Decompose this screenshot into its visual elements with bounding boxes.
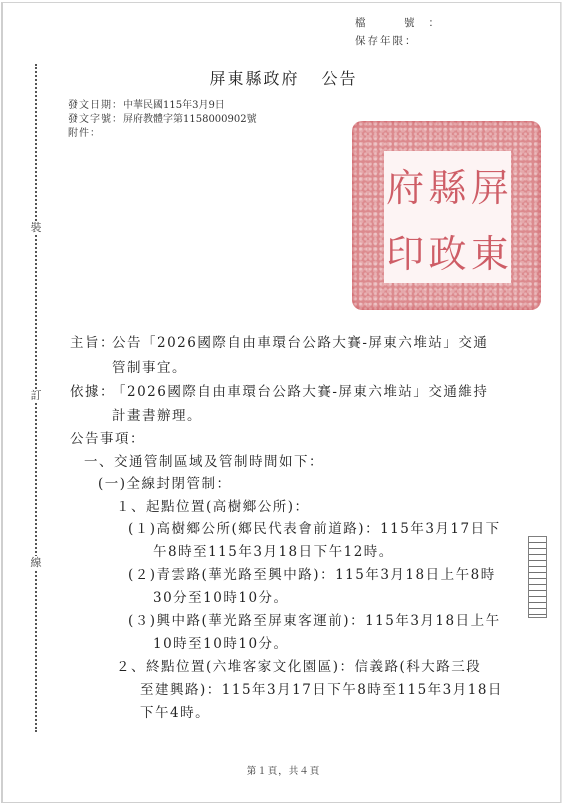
- attachment-label: 附件：: [68, 127, 101, 141]
- document-number-label: 發文字號：: [68, 113, 123, 127]
- point-2-line-1: ２、終點位置(六堆客家文化園區)：信義路(科大路三段: [116, 655, 481, 675]
- point-2-line-2: 至建興路)：115年3月17日下午8時至115年3月18日: [140, 678, 503, 698]
- binding-mark-middle: 訂: [28, 389, 44, 403]
- page-edge: [561, 2, 562, 803]
- seal-char: 縣: [426, 151, 468, 217]
- point-1-2-line-2: 30分至10時10分。: [153, 586, 289, 606]
- seal-char: 東: [469, 217, 511, 283]
- file-number-label: 檔 號：: [355, 14, 453, 32]
- document-number-row: 發文字號： 屏府教體字第1158000902號: [68, 113, 257, 127]
- announcement-items-label: 公告事項：: [70, 427, 145, 447]
- point-1-1-line-2: 午8時至115年3月18日下午12時。: [153, 540, 394, 560]
- basis-label: 依據：: [70, 380, 115, 400]
- seal-char: 印: [384, 217, 426, 283]
- subject-line-2: 管制事宜。: [112, 356, 187, 376]
- document-number-value: 屏府教體字第1158000902號: [123, 113, 257, 127]
- seal-char: 府: [384, 151, 426, 217]
- document-type: 公告: [322, 69, 358, 88]
- point-2-line-3: 下午4時。: [140, 701, 210, 721]
- binding-mark-top: 裝: [28, 221, 44, 235]
- agency-name: 屏東縣政府: [209, 69, 299, 88]
- basis-line-1: 「2026國際自由車環台公路大賽-屏東六堆站」交通維持: [112, 380, 488, 400]
- document-meta: 發文日期： 中華民國115年3月9日 發文字號： 屏府教體字第115800090…: [68, 99, 257, 141]
- subject-line-1: 公告「2026國際自由車環台公路大賽-屏東六堆站」交通: [112, 331, 488, 351]
- point-1-3-line-2: 10時至10時10分。: [153, 632, 289, 652]
- seal-char: 屏: [469, 151, 511, 217]
- issue-date-label: 發文日期：: [68, 99, 123, 113]
- seal-inner: 屏 東 縣 政 府 印: [384, 151, 511, 283]
- point-1-1-line-1: (１)高樹鄉公所(鄉民代表會前道路)：115年3月17日下: [128, 517, 501, 537]
- basis-line-2: 計畫書辦理。: [112, 404, 202, 424]
- side-stamp-icon: [528, 536, 547, 618]
- seal-char: 政: [426, 217, 468, 283]
- section-1-heading: 一、交通管制區域及管制時間如下：: [84, 450, 324, 470]
- document-title: 屏東縣政府公告: [0, 66, 567, 89]
- official-seal: 屏 東 縣 政 府 印: [352, 121, 541, 310]
- retention-row: 保存年限：: [355, 32, 453, 50]
- page-number: 第１頁，共４頁: [0, 763, 567, 777]
- retention-label: 保存年限：: [355, 32, 418, 50]
- binding-mark-bottom: 線: [28, 556, 44, 570]
- point-1-3-line-1: (３)興中路(華光路至屏東客運前)：115年3月18日上午: [128, 609, 501, 629]
- archive-info: 檔 號： 保存年限：: [355, 14, 453, 50]
- attachment-row: 附件：: [68, 127, 257, 141]
- file-number-row: 檔 號：: [355, 14, 453, 32]
- issue-date-value: 中華民國115年3月9日: [123, 99, 225, 113]
- subject-label: 主旨：: [70, 331, 115, 351]
- point-1-2-line-1: (２)青雲路(華光路至興中路)：115年3月18日上午8時: [128, 563, 496, 583]
- point-1-heading: １、起點位置(高樹鄉公所)：: [116, 495, 310, 515]
- subsection-1-heading: (一)全線封閉管制：: [98, 472, 232, 492]
- issue-date-row: 發文日期： 中華民國115年3月9日: [68, 99, 257, 113]
